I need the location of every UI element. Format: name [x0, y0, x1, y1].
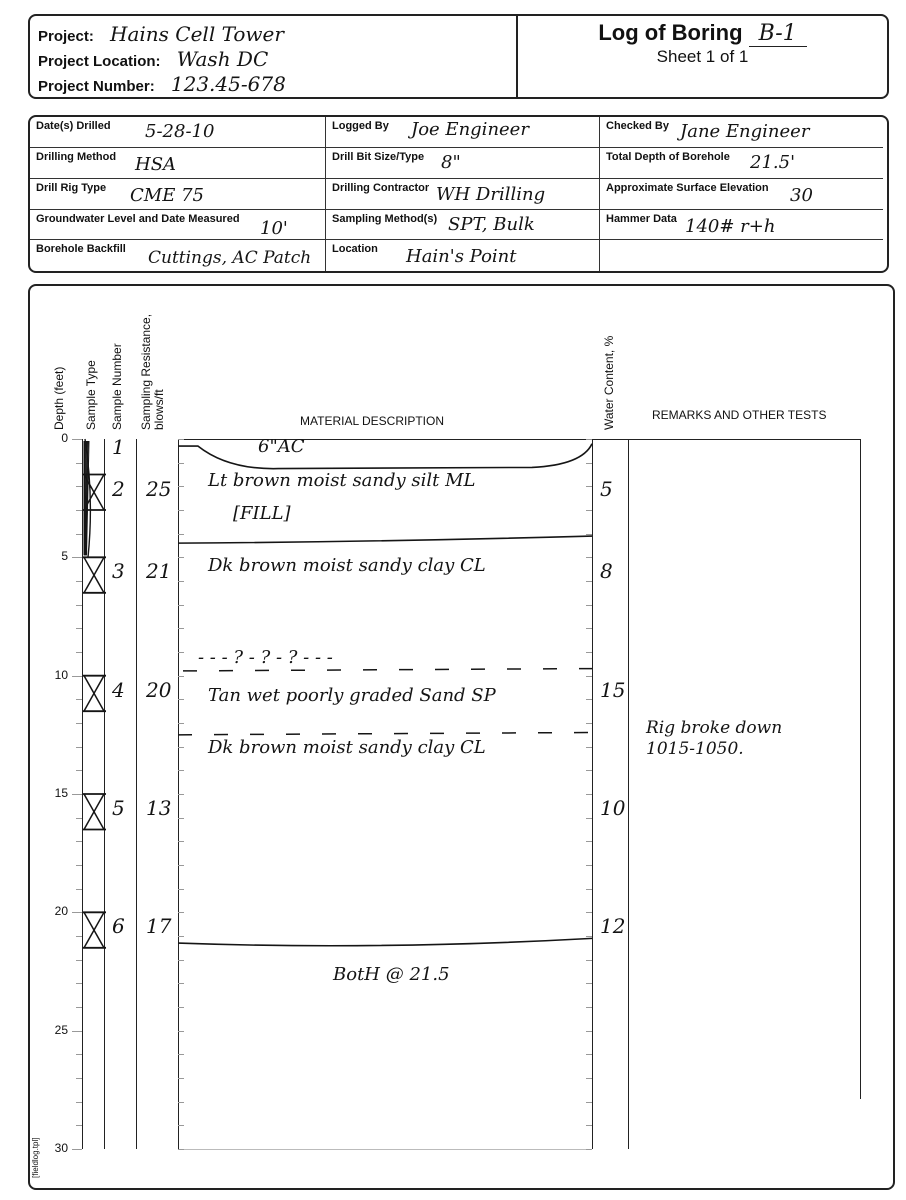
- depth-label: 15: [48, 786, 68, 800]
- ink-path: [178, 536, 592, 543]
- logged-by-label: Logged By: [332, 120, 389, 132]
- sample-number: 6: [112, 914, 125, 938]
- surface-elev-label: Approximate Surface Elevation: [606, 182, 769, 194]
- cell-hammer[interactable]: Hammer Data 140# r+h: [600, 210, 883, 240]
- log-title-label: Log of Boring: [598, 20, 742, 45]
- project-label: Project:: [38, 28, 94, 45]
- header-box: Project: Hains Cell Tower Project Locati…: [28, 14, 889, 99]
- drill-rig-label: Drill Rig Type: [36, 182, 106, 194]
- sample-number: 4: [112, 678, 125, 702]
- cell-contractor[interactable]: Drilling Contractor WH Drilling: [326, 179, 600, 210]
- total-depth-label: Total Depth of Borehole: [606, 151, 730, 163]
- cell-sampling-method[interactable]: Sampling Method(s) SPT, Bulk: [326, 210, 600, 240]
- log-title: Log of Boring B-1: [518, 20, 887, 47]
- location-label: Location: [332, 243, 378, 255]
- material-description: 6"AC: [258, 436, 305, 457]
- groundwater-value: 10': [260, 218, 288, 239]
- contractor-value: WH Drilling: [436, 184, 545, 205]
- drill-rig-value: CME 75: [130, 185, 204, 206]
- cell-drill-rig[interactable]: Drill Rig Type CME 75: [30, 179, 326, 210]
- checked-by-label: Checked By: [606, 120, 669, 132]
- project-row: Project: Hains Cell Tower: [38, 22, 284, 46]
- sampling-resistance: 20: [146, 678, 171, 702]
- cell-backfill[interactable]: Borehole Backfill Cuttings, AC Patch: [30, 240, 326, 271]
- ink-path: [178, 444, 592, 469]
- water-content: 10: [600, 796, 625, 820]
- location-row: Project Location: Wash DC: [38, 47, 268, 71]
- hammer-label: Hammer Data: [606, 213, 677, 225]
- logged-by-value: Joe Engineer: [411, 119, 529, 140]
- drilling-method-value: HSA: [135, 154, 176, 175]
- backfill-value: Cuttings, AC Patch: [148, 248, 311, 268]
- depth-label: 20: [48, 904, 68, 918]
- material-description: Dk brown moist sandy clay CL: [208, 737, 486, 758]
- depth-label: 5: [48, 549, 68, 563]
- material-description: - - - ? - ? - ? - - -: [198, 647, 333, 668]
- sample-number: 5: [112, 796, 125, 820]
- material-description: Dk brown moist sandy clay CL: [208, 555, 486, 576]
- sampling-resistance: 21: [146, 559, 171, 583]
- hammer-value: 140# r+h: [685, 216, 775, 237]
- drill-bit-value: 8": [441, 152, 461, 173]
- template-tag: [fieldlog.tpl]: [31, 1138, 40, 1178]
- ink-path: [178, 732, 592, 734]
- water-content: 15: [600, 678, 625, 702]
- contractor-label: Drilling Contractor: [332, 182, 429, 194]
- ink-path: [178, 938, 592, 945]
- cell-groundwater[interactable]: Groundwater Level and Date Measured 10': [30, 210, 326, 240]
- material-description: Tan wet poorly graded Sand SP: [208, 685, 496, 706]
- backfill-label: Borehole Backfill: [36, 243, 126, 255]
- number-label: Project Number:: [38, 78, 155, 95]
- boring-log: Depth (feet) Sample Type Sample Number S…: [28, 284, 895, 1190]
- sampling-resistance: 25: [146, 477, 171, 501]
- dates-drilled-label: Date(s) Drilled: [36, 120, 111, 132]
- boring-id[interactable]: B-1: [749, 21, 807, 47]
- dates-drilled-value: 5-28-10: [145, 121, 214, 142]
- info-grid: Date(s) Drilled 5-28-10 Drilling Method …: [28, 115, 889, 273]
- material-description: Lt brown moist sandy silt ML: [208, 470, 476, 491]
- cell-total-depth[interactable]: Total Depth of Borehole 21.5': [600, 148, 883, 179]
- sampling-method-value: SPT, Bulk: [448, 214, 535, 235]
- depth-label: 30: [48, 1141, 68, 1155]
- groundwater-label: Groundwater Level and Date Measured: [36, 213, 240, 225]
- sample-number: 1: [112, 435, 125, 459]
- total-depth-value: 21.5': [750, 152, 795, 173]
- boring-title-block: Log of Boring B-1 Sheet 1 of 1: [518, 16, 887, 97]
- sampling-resistance: 13: [146, 796, 171, 820]
- cell-logged-by[interactable]: Logged By Joe Engineer: [326, 117, 600, 148]
- number-value[interactable]: 123.45-678: [171, 72, 286, 96]
- number-row: Project Number: 123.45-678: [38, 72, 286, 96]
- cell-checked-by[interactable]: Checked By Jane Engineer: [600, 117, 883, 148]
- water-content: 5: [600, 477, 613, 501]
- water-content: 12: [600, 914, 625, 938]
- project-value[interactable]: Hains Cell Tower: [110, 22, 284, 46]
- location-value: Hain's Point: [406, 246, 517, 267]
- cell-surface-elev[interactable]: Approximate Surface Elevation 30: [600, 179, 883, 210]
- checked-by-value: Jane Engineer: [680, 121, 809, 142]
- depth-label: 0: [48, 431, 68, 445]
- location-value[interactable]: Wash DC: [177, 47, 269, 71]
- sample-number: 3: [112, 559, 125, 583]
- cell-drill-bit[interactable]: Drill Bit Size/Type 8": [326, 148, 600, 179]
- sampling-method-label: Sampling Method(s): [332, 213, 437, 225]
- cell-dates-drilled[interactable]: Date(s) Drilled 5-28-10: [30, 117, 326, 148]
- surface-elev-value: 30: [790, 185, 813, 206]
- drill-bit-label: Drill Bit Size/Type: [332, 151, 424, 163]
- material-description: [FILL]: [233, 503, 291, 524]
- sampling-resistance: 17: [146, 914, 171, 938]
- water-content: 8: [600, 559, 613, 583]
- drilling-method-label: Drilling Method: [36, 151, 116, 163]
- sample-number: 2: [112, 477, 125, 501]
- ink-path: [183, 669, 592, 671]
- project-info: Project: Hains Cell Tower Project Locati…: [30, 16, 518, 97]
- remark-text: Rig broke down1015-1050.: [646, 718, 782, 760]
- cell-location[interactable]: Location Hain's Point: [326, 240, 600, 271]
- location-label: Project Location:: [38, 53, 161, 70]
- cell-drilling-method[interactable]: Drilling Method HSA: [30, 148, 326, 179]
- material-description: BotH @ 21.5: [333, 964, 450, 985]
- remark-line: 1015-1050.: [646, 739, 782, 760]
- sheet-number: Sheet 1 of 1: [518, 47, 887, 67]
- remark-line: Rig broke down: [646, 718, 782, 739]
- depth-label: 10: [48, 668, 68, 682]
- depth-label: 25: [48, 1023, 68, 1037]
